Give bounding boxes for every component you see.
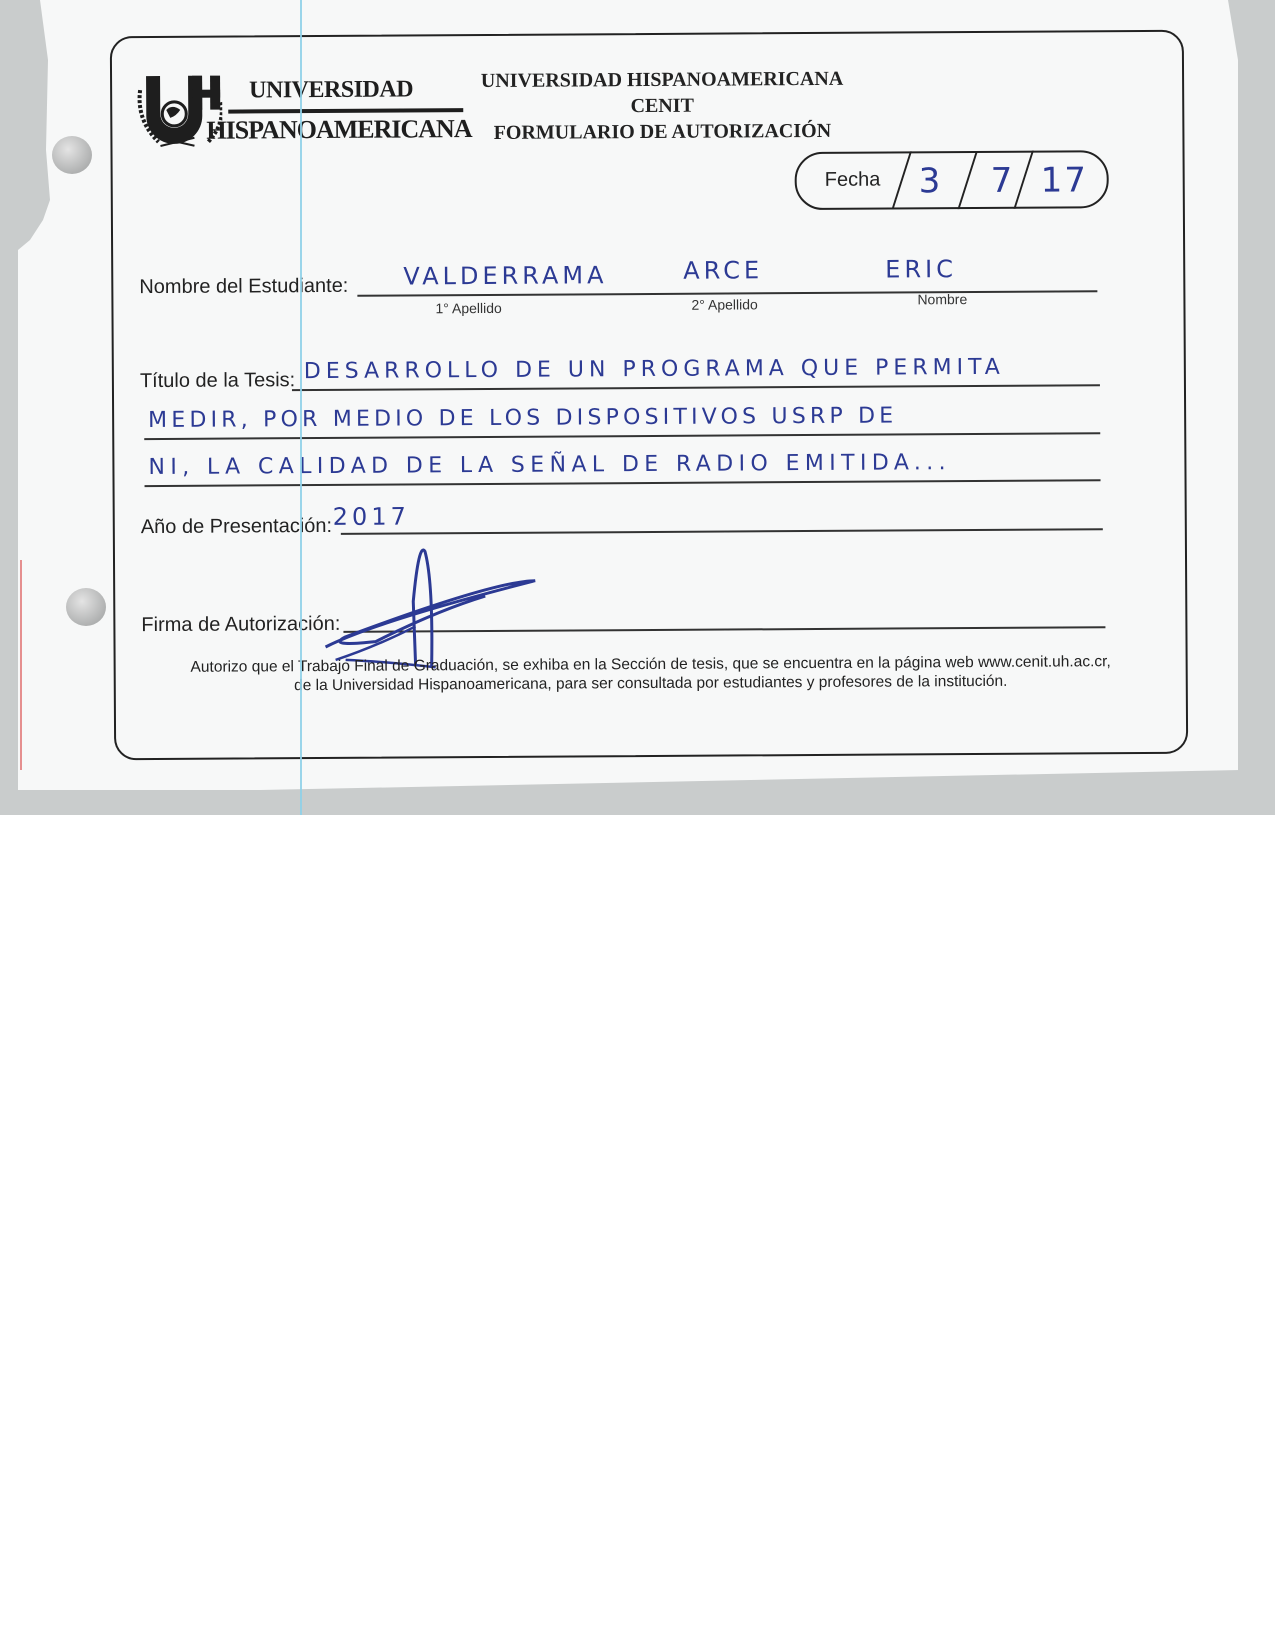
logo-rule [228, 108, 463, 113]
date-separator [957, 151, 977, 209]
punch-hole-icon [66, 588, 106, 626]
thesis-line-1 [292, 384, 1100, 391]
student-second-surname[interactable]: ARCE [683, 256, 763, 284]
date-separator [891, 151, 911, 209]
form-title: FORMULARIO DE AUTORIZACIÓN [442, 118, 882, 147]
date-year[interactable]: 17 [1041, 160, 1089, 200]
thesis-line-3 [145, 479, 1101, 486]
authorization-signature-label: Firma de Autorización: [141, 613, 340, 637]
notebook-margin-line [300, 0, 302, 815]
header-cenit: CENIT [442, 92, 882, 121]
thesis-title-line-2[interactable]: MEDIR, POR MEDIO DE LOS DISPOSITIVOS USR… [148, 403, 897, 433]
form-header: UNIVERSIDAD HISPANOAMERICANA CENIT FORMU… [442, 66, 882, 147]
second-surname-caption: 2° Apellido [691, 296, 757, 312]
first-surname-caption: 1° Apellido [435, 300, 501, 316]
date-field[interactable]: Fecha 3 7 17 [795, 150, 1109, 210]
date-separator [1013, 151, 1033, 209]
presentation-year-line [341, 528, 1103, 534]
presentation-year-value[interactable]: 2017 [333, 502, 410, 530]
authorization-statement: Autorizo que el Trabajo Final de Graduac… [136, 652, 1166, 696]
university-logo: UNIVERSIDAD HISPANOAMERICANA [136, 68, 476, 150]
date-day[interactable]: 3 [919, 161, 943, 201]
thesis-line-2 [144, 432, 1100, 439]
header-university: UNIVERSIDAD HISPANOAMERICANA [442, 66, 882, 95]
student-first-surname[interactable]: VALDERRAMA [403, 261, 607, 290]
thesis-title-line-1[interactable]: DESARROLLO DE UN PROGRAMA QUE PERMITA [304, 355, 1005, 384]
student-name-line [357, 290, 1097, 296]
thesis-title-line-3[interactable]: NI, LA CALIDAD DE LA SEÑAL DE RADIO EMIT… [148, 450, 951, 480]
student-given-name[interactable]: ERIC [885, 255, 957, 283]
name-caption: Nombre [917, 291, 967, 307]
date-month[interactable]: 7 [991, 161, 1015, 201]
paper-red-margin [20, 560, 22, 770]
authorization-form-card: UNIVERSIDAD HISPANOAMERICANA UNIVERSIDAD… [110, 30, 1188, 761]
thesis-title-label: Título de la Tesis: [140, 369, 295, 393]
handwritten-signature-icon[interactable] [315, 541, 546, 672]
logo-text-universidad: UNIVERSIDAD [249, 76, 413, 104]
punch-hole-icon [52, 136, 92, 174]
logo-text-hispanoamericana: HISPANOAMERICANA [206, 114, 471, 146]
student-name-label: Nombre del Estudiante: [139, 275, 348, 299]
presentation-year-label: Año de Presentación: [141, 515, 332, 539]
date-label: Fecha [825, 169, 881, 192]
